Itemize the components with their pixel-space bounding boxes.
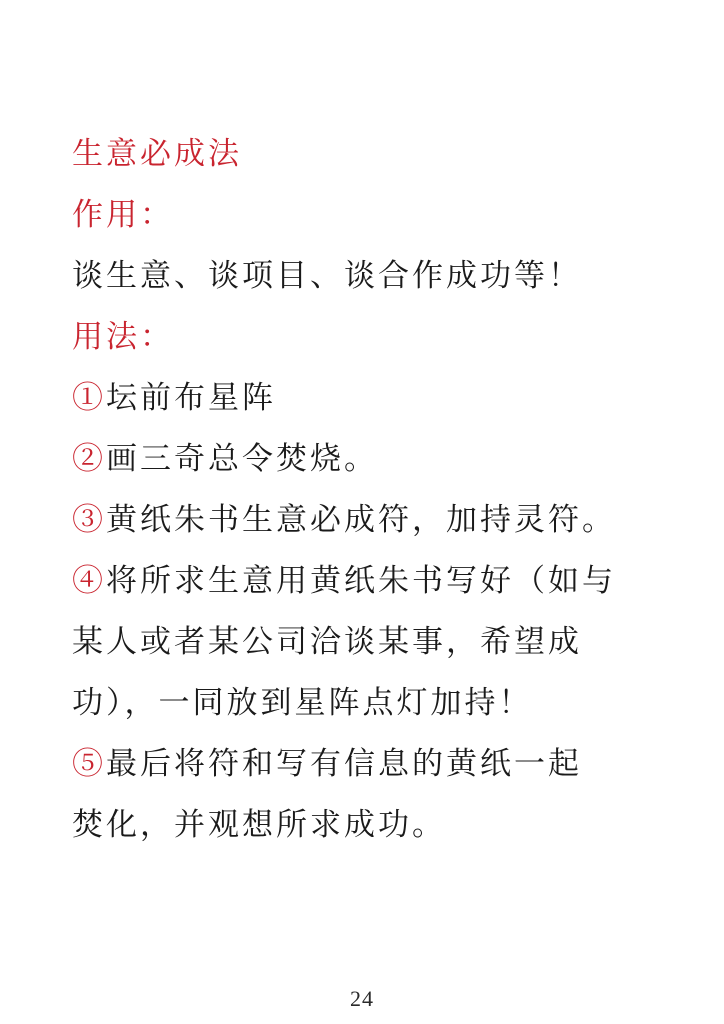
effect-text: 谈生意、谈项目、谈合作成功等！ <box>72 245 672 306</box>
page-number: 24 <box>0 985 724 1013</box>
step-item-3: ③黄纸朱书生意必成符，加持灵符。 <box>72 489 672 550</box>
step-item-2: ②画三奇总令焚烧。 <box>72 428 672 489</box>
step-5-number-icon: ⑤ <box>72 746 106 781</box>
step-item-4: ④将所求生意用黄纸朱书写好（如与 某人或者某公司洽谈某事，希望成 功），一同放到… <box>72 550 672 733</box>
document-content: 生意必成法 作用： 谈生意、谈项目、谈合作成功等！ 用法： ①坛前布星阵 ②画三… <box>72 123 672 855</box>
step-4-number-icon: ④ <box>72 563 106 598</box>
step-item-5: ⑤最后将符和写有信息的黄纸一起 焚化，并观想所求成功。 <box>72 733 672 855</box>
document-page: 生意必成法 作用： 谈生意、谈项目、谈合作成功等！ 用法： ①坛前布星阵 ②画三… <box>0 0 724 1024</box>
usage-label: 用法： <box>72 306 672 367</box>
step-1-text: 坛前布星阵 <box>106 380 276 415</box>
step-3-number-icon: ③ <box>72 502 106 537</box>
step-3-text: 黄纸朱书生意必成符，加持灵符。 <box>106 502 616 537</box>
step-1-number-icon: ① <box>72 380 106 415</box>
step-2-text: 画三奇总令焚烧。 <box>106 441 378 476</box>
step-2-number-icon: ② <box>72 441 106 476</box>
effect-label: 作用： <box>72 184 672 245</box>
step-4-text: 将所求生意用黄纸朱书写好（如与 某人或者某公司洽谈某事，希望成 功），一同放到星… <box>72 563 616 720</box>
page-title: 生意必成法 <box>72 123 672 184</box>
step-item-1: ①坛前布星阵 <box>72 367 672 428</box>
step-5-text: 最后将符和写有信息的黄纸一起 焚化，并观想所求成功。 <box>72 746 582 842</box>
